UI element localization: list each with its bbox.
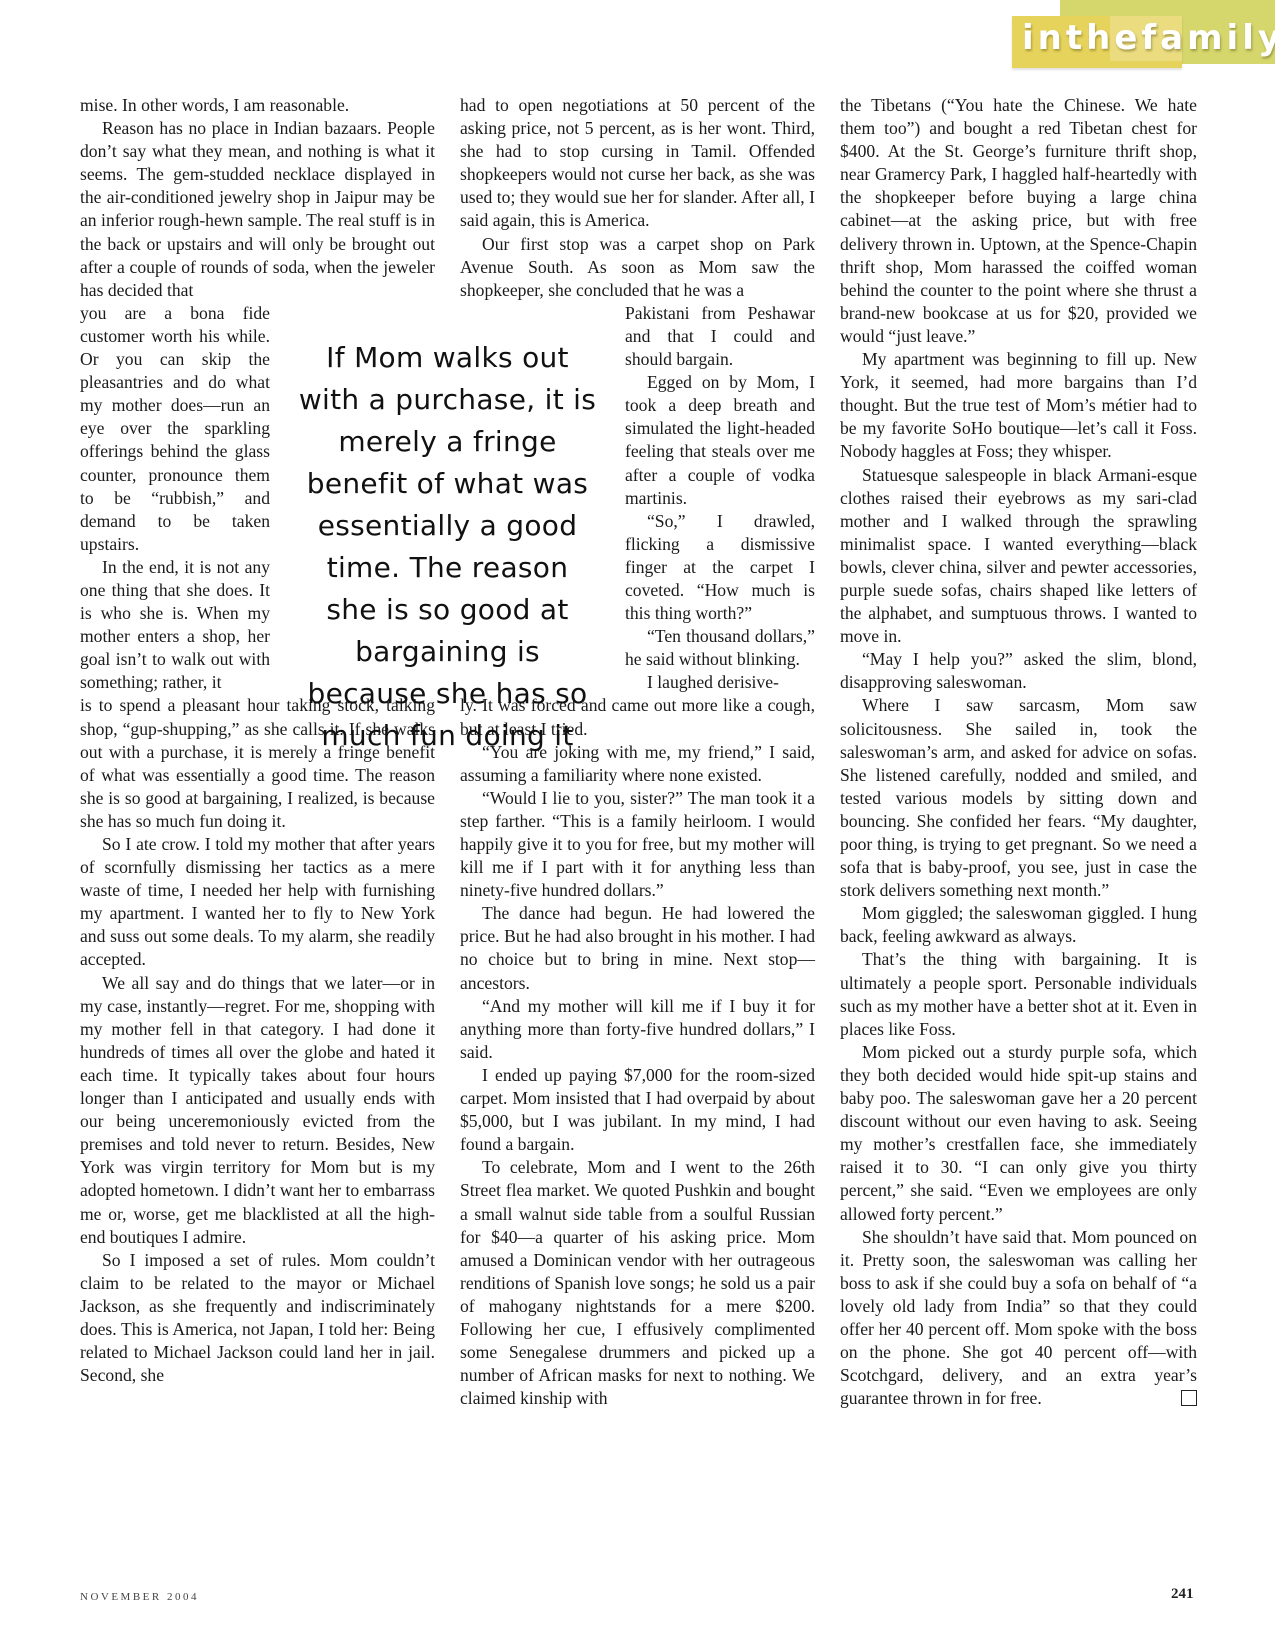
pull-quote: If Mom walks out with a purchase, it is …	[285, 337, 610, 757]
paragraph: Our first stop was a carpet shop on Park…	[460, 233, 815, 302]
page-number: 241	[1171, 1586, 1194, 1603]
paragraph: Egged on by Mom, I took a deep breath an…	[625, 371, 815, 510]
paragraph: the Tibetans (“You hate the Chinese. We …	[840, 94, 1197, 348]
paragraph-text: She shouldn’t have said that. Mom pounce…	[840, 1227, 1197, 1409]
paragraph: My apartment was beginning to fill up. N…	[840, 348, 1197, 463]
paragraph: “So,” I drawled, flicking a dismissive f…	[625, 510, 815, 625]
pull-quote-line: benefit of what was	[285, 463, 610, 505]
pull-quote-line: she is so good at	[285, 589, 610, 631]
pull-quote-line: time. The reason	[285, 547, 610, 589]
end-of-article-square-icon	[1181, 1390, 1197, 1406]
paragraph: Where I saw sarcasm, Mom saw solicitousn…	[840, 694, 1197, 902]
paragraph: “May I help you?” asked the slim, blond,…	[840, 648, 1197, 694]
paragraph: Mom picked out a sturdy purple sofa, whi…	[840, 1041, 1197, 1226]
paragraph: “Ten thousand dollars,” he said without …	[625, 625, 815, 671]
paragraph: “And my mother will kill me if I buy it …	[460, 995, 815, 1064]
paragraph: you are a bona fide customer worth his w…	[80, 302, 270, 556]
issue-date: NOVEMBER 2004	[80, 1591, 199, 1603]
paragraph: To celebrate, Mom and I went to the 26th…	[460, 1156, 815, 1410]
paragraph: had to open negotiations at 50 percent o…	[460, 94, 815, 233]
pull-quote-line: essentially a good	[285, 505, 610, 547]
pull-quote-line: because she has so	[285, 673, 610, 715]
paragraph: mise. In other words, I am reasonable.	[80, 94, 435, 117]
paragraph: In the end, it is not any one thing that…	[80, 556, 270, 695]
column-2-wrap-around-pullquote: Pakistani from Peshawar and that I could…	[625, 302, 815, 695]
pull-quote-line: much fun doing it	[285, 715, 610, 757]
paragraph: We all say and do things that we later—o…	[80, 972, 435, 1249]
paragraph: I laughed derisive-	[625, 671, 815, 694]
column-1-wrap-around-pullquote: you are a bona fide customer worth his w…	[80, 302, 270, 695]
pull-quote-line: If Mom walks out	[285, 337, 610, 379]
paragraph: The dance had begun. He had lowered the …	[460, 902, 815, 994]
paragraph: I ended up paying $7,000 for the room-si…	[460, 1064, 815, 1156]
pull-quote-line: merely a fringe	[285, 421, 610, 463]
section-label: inthefamily	[1022, 18, 1275, 58]
pull-quote-line: with a purchase, it is	[285, 379, 610, 421]
article-column-3: the Tibetans (“You hate the Chinese. We …	[840, 94, 1197, 1410]
paragraph: So I imposed a set of rules. Mom couldn’…	[80, 1249, 435, 1388]
paragraph: That’s the thing with bargaining. It is …	[840, 948, 1197, 1040]
paragraph: Reason has no place in Indian bazaars. P…	[80, 117, 435, 302]
paragraph: Mom giggled; the saleswoman giggled. I h…	[840, 902, 1197, 948]
paragraph: “Would I lie to you, sister?” The man to…	[460, 787, 815, 902]
pull-quote-line: bargaining is	[285, 631, 610, 673]
section-header-tab: inthefamily	[1000, 0, 1275, 80]
paragraph: So I ate crow. I told my mother that aft…	[80, 833, 435, 972]
paragraph: She shouldn’t have said that. Mom pounce…	[840, 1226, 1197, 1411]
paragraph: Statuesque salespeople in black Armani-e…	[840, 464, 1197, 649]
paragraph: Pakistani from Peshawar and that I could…	[625, 302, 815, 371]
